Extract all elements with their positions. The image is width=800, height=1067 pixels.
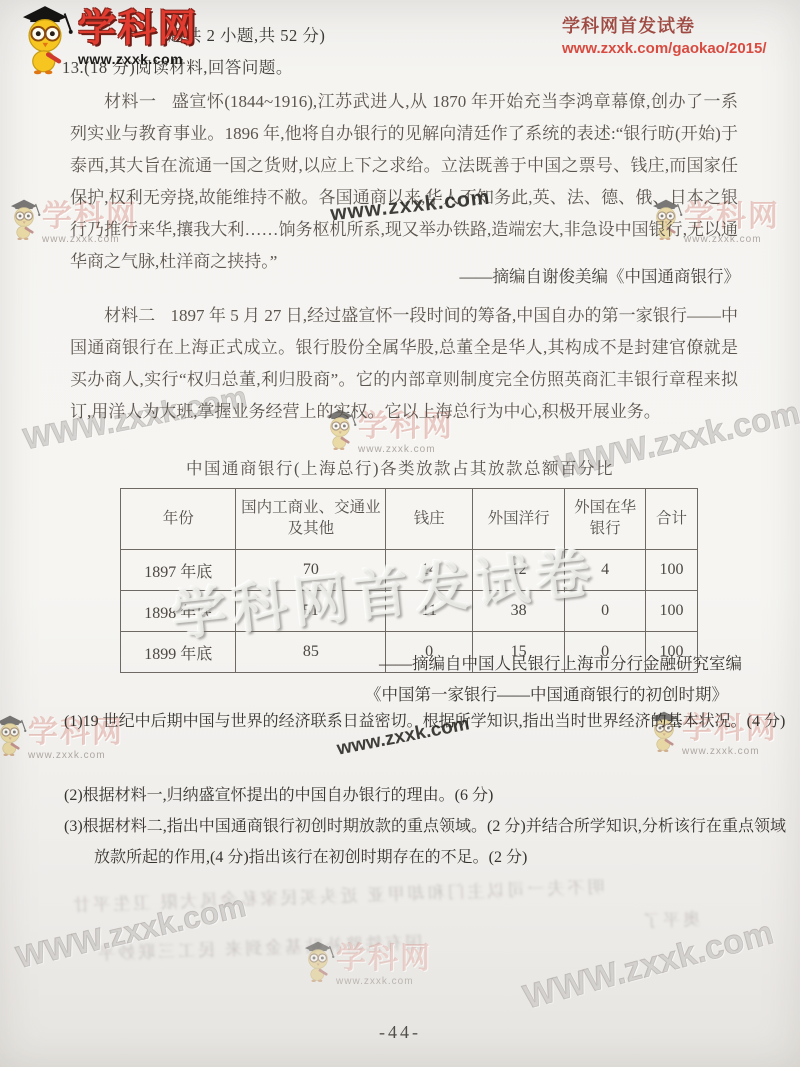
- material-1-text: 盛宣怀(1844~1916),江苏武进人,从 1870 年开始充当李鸿章幕僚,创…: [70, 92, 738, 271]
- owl-mascot-icon: [0, 712, 28, 762]
- issue-url: www.zxxk.com/gaokao/2015/: [562, 40, 767, 57]
- watermark-url: www.zxxk.com: [682, 746, 778, 757]
- material-1-paragraph: 材料一盛宣怀(1844~1916),江苏武进人,从 1870 年开始充当李鸿章幕…: [70, 86, 738, 278]
- material-2-text: 1897 年 5 月 27 日,经过盛宣怀一段时间的筹备,中国自办的第一家银行—…: [70, 306, 738, 421]
- watermark-url: www.zxxk.com: [358, 444, 454, 455]
- material-2-label: 材料二: [104, 306, 155, 325]
- material-1-label: 材料一: [104, 92, 157, 111]
- table-header-cell: 钱庄: [386, 489, 473, 550]
- table-header-cell: 年份: [121, 489, 236, 550]
- loans-table-title: 中国通商银行(上海总行)各类放款占其放款总额百分比: [0, 455, 800, 479]
- brand-url: www.zxxk.com: [78, 51, 198, 67]
- material-2-paragraph: 材料二1897 年 5 月 27 日,经过盛宣怀一段时间的筹备,中国自办的第一家…: [70, 300, 738, 428]
- owl-mascot-icon: [6, 196, 42, 246]
- issue-title: 学科网首发试卷: [562, 12, 767, 38]
- watermark-url: www.zxxk.com: [28, 750, 124, 761]
- sub-question-3: (3)根据材料二,指出中国通商银行初创时期放款的重点领域。(2 分)并结合所学知…: [64, 811, 786, 873]
- owl-mascot-icon: [14, 0, 76, 81]
- bleed-through-text: 奥平了: [640, 905, 701, 932]
- issue-banner: 学科网首发试卷 www.zxxk.com/gaokao/2015/: [562, 12, 767, 57]
- zxxk-logo: 学科网 www.zxxk.com: [14, 0, 198, 81]
- table-source-line-2: 《中国第一家银行——中国通商银行的初创时期》: [365, 681, 728, 705]
- zxxk-logo-watermark: 学科网 www.zxxk.com: [300, 938, 432, 988]
- table-header-cell: 合计: [646, 489, 698, 550]
- brand-name: 学科网: [78, 10, 198, 48]
- scanned-exam-page: 题共 2 小题,共 52 分) 学科网 www.zxxk.com 学科网首发试卷…: [0, 0, 800, 1067]
- table-source-line-1: ——摘编自中国人民银行上海市分行金融研究室编: [379, 650, 742, 674]
- watermark-brand: 学科网: [336, 944, 432, 974]
- table-cell: 100: [646, 591, 698, 632]
- table-cell: 100: [646, 550, 698, 591]
- watermark-url: www.zxxk.com: [336, 976, 432, 987]
- material-1-source: ——摘编自谢俊美编《中国通商银行》: [460, 263, 741, 287]
- table-header-cell: 国内工商业、交通业及其他: [236, 489, 386, 550]
- owl-mascot-icon: [300, 938, 336, 988]
- table-header-row: 年份 国内工商业、交通业及其他 钱庄 外国洋行 外国在华银行 合计: [121, 489, 698, 550]
- page-number: -44-: [0, 1022, 800, 1043]
- sub-question-2: (2)根据材料一,归纳盛宣怀提出的中国自办银行的理由。(6 分): [64, 780, 786, 811]
